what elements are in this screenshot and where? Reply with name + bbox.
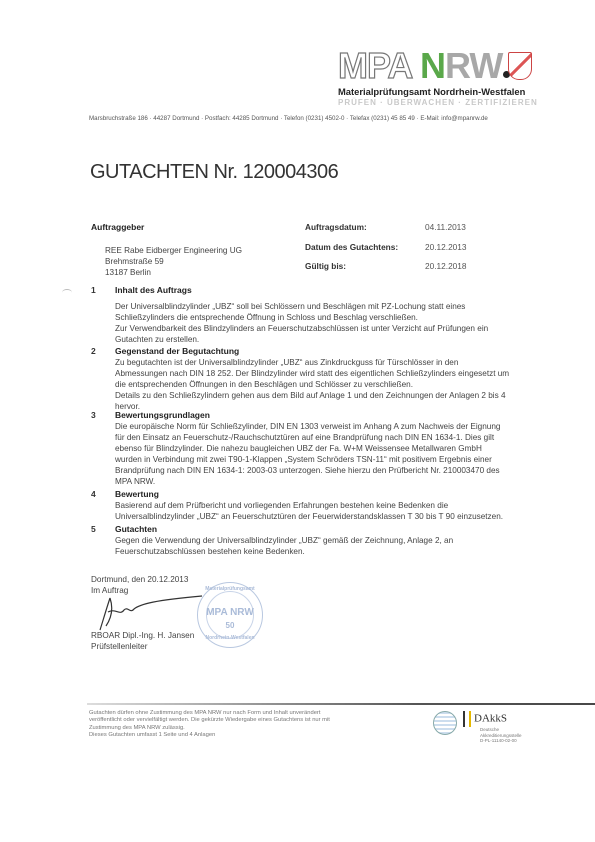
section-4: 4 Bewertung Basierend auf dem Prüfberich… — [91, 489, 551, 522]
client-address: REE Rabe Eidberger Engineering UG Brehms… — [105, 245, 305, 278]
page-title: GUTACHTEN Nr. 120004306 — [90, 161, 338, 184]
dakks-mark-icon — [463, 711, 471, 727]
client-label: Auftraggeber — [91, 222, 144, 232]
footer-note: Gutachten dürfen ohne Zustimmung des MPA… — [89, 710, 339, 740]
signatory-role: Prüfstellenleiter — [91, 641, 194, 652]
nrw-crest-icon — [508, 52, 532, 80]
mpa-nrw-logo: MPA NRW Materialprüfungsamt Nordrhein-We… — [338, 48, 568, 107]
iqnet-logo-icon — [433, 711, 457, 735]
handwritten-signature-icon — [96, 590, 206, 635]
section-2: 2 Gegenstand der Begutachtung Zu begutac… — [91, 346, 551, 412]
section-5: 5 Gutachten Gegen die Verwendung der Uni… — [91, 524, 551, 557]
section-1: 1 Inhalt des Auftrags Der Universalblind… — [91, 285, 551, 345]
footer-divider — [87, 703, 595, 705]
official-stamp: Materialprüfungsamt MPA NRW 50 Nordrhein… — [197, 582, 263, 648]
meta-valid-until: Gültig bis:20.12.2018 — [305, 261, 467, 281]
section-3: 3 Bewertungsgrundlagen Die europäische N… — [91, 410, 551, 487]
logo-subtitle: Materialprüfungsamt Nordrhein-Westfalen — [338, 86, 568, 97]
dakks-logo: DAkkS Deutsche Akkreditierungsstelle D-P… — [463, 711, 522, 744]
meta-order-date: Auftragsdatum:04.11.2013 — [305, 222, 467, 242]
meta-report-date: Datum des Gutachtens:20.12.2013 — [305, 242, 467, 262]
logo-tagline: PRÜFEN · ÜBERWACHEN · ZERTIFIZIEREN — [338, 98, 568, 107]
document-meta: Auftragsdatum:04.11.2013 Datum des Gutac… — [305, 222, 467, 281]
scan-mark — [62, 289, 72, 296]
logo-wordmark: MPA NRW — [338, 48, 568, 84]
place-date: Dortmund, den 20.12.2013 — [91, 574, 194, 585]
address-line: Marsbruchstraße 186 · 44287 Dortmund · P… — [89, 115, 488, 122]
